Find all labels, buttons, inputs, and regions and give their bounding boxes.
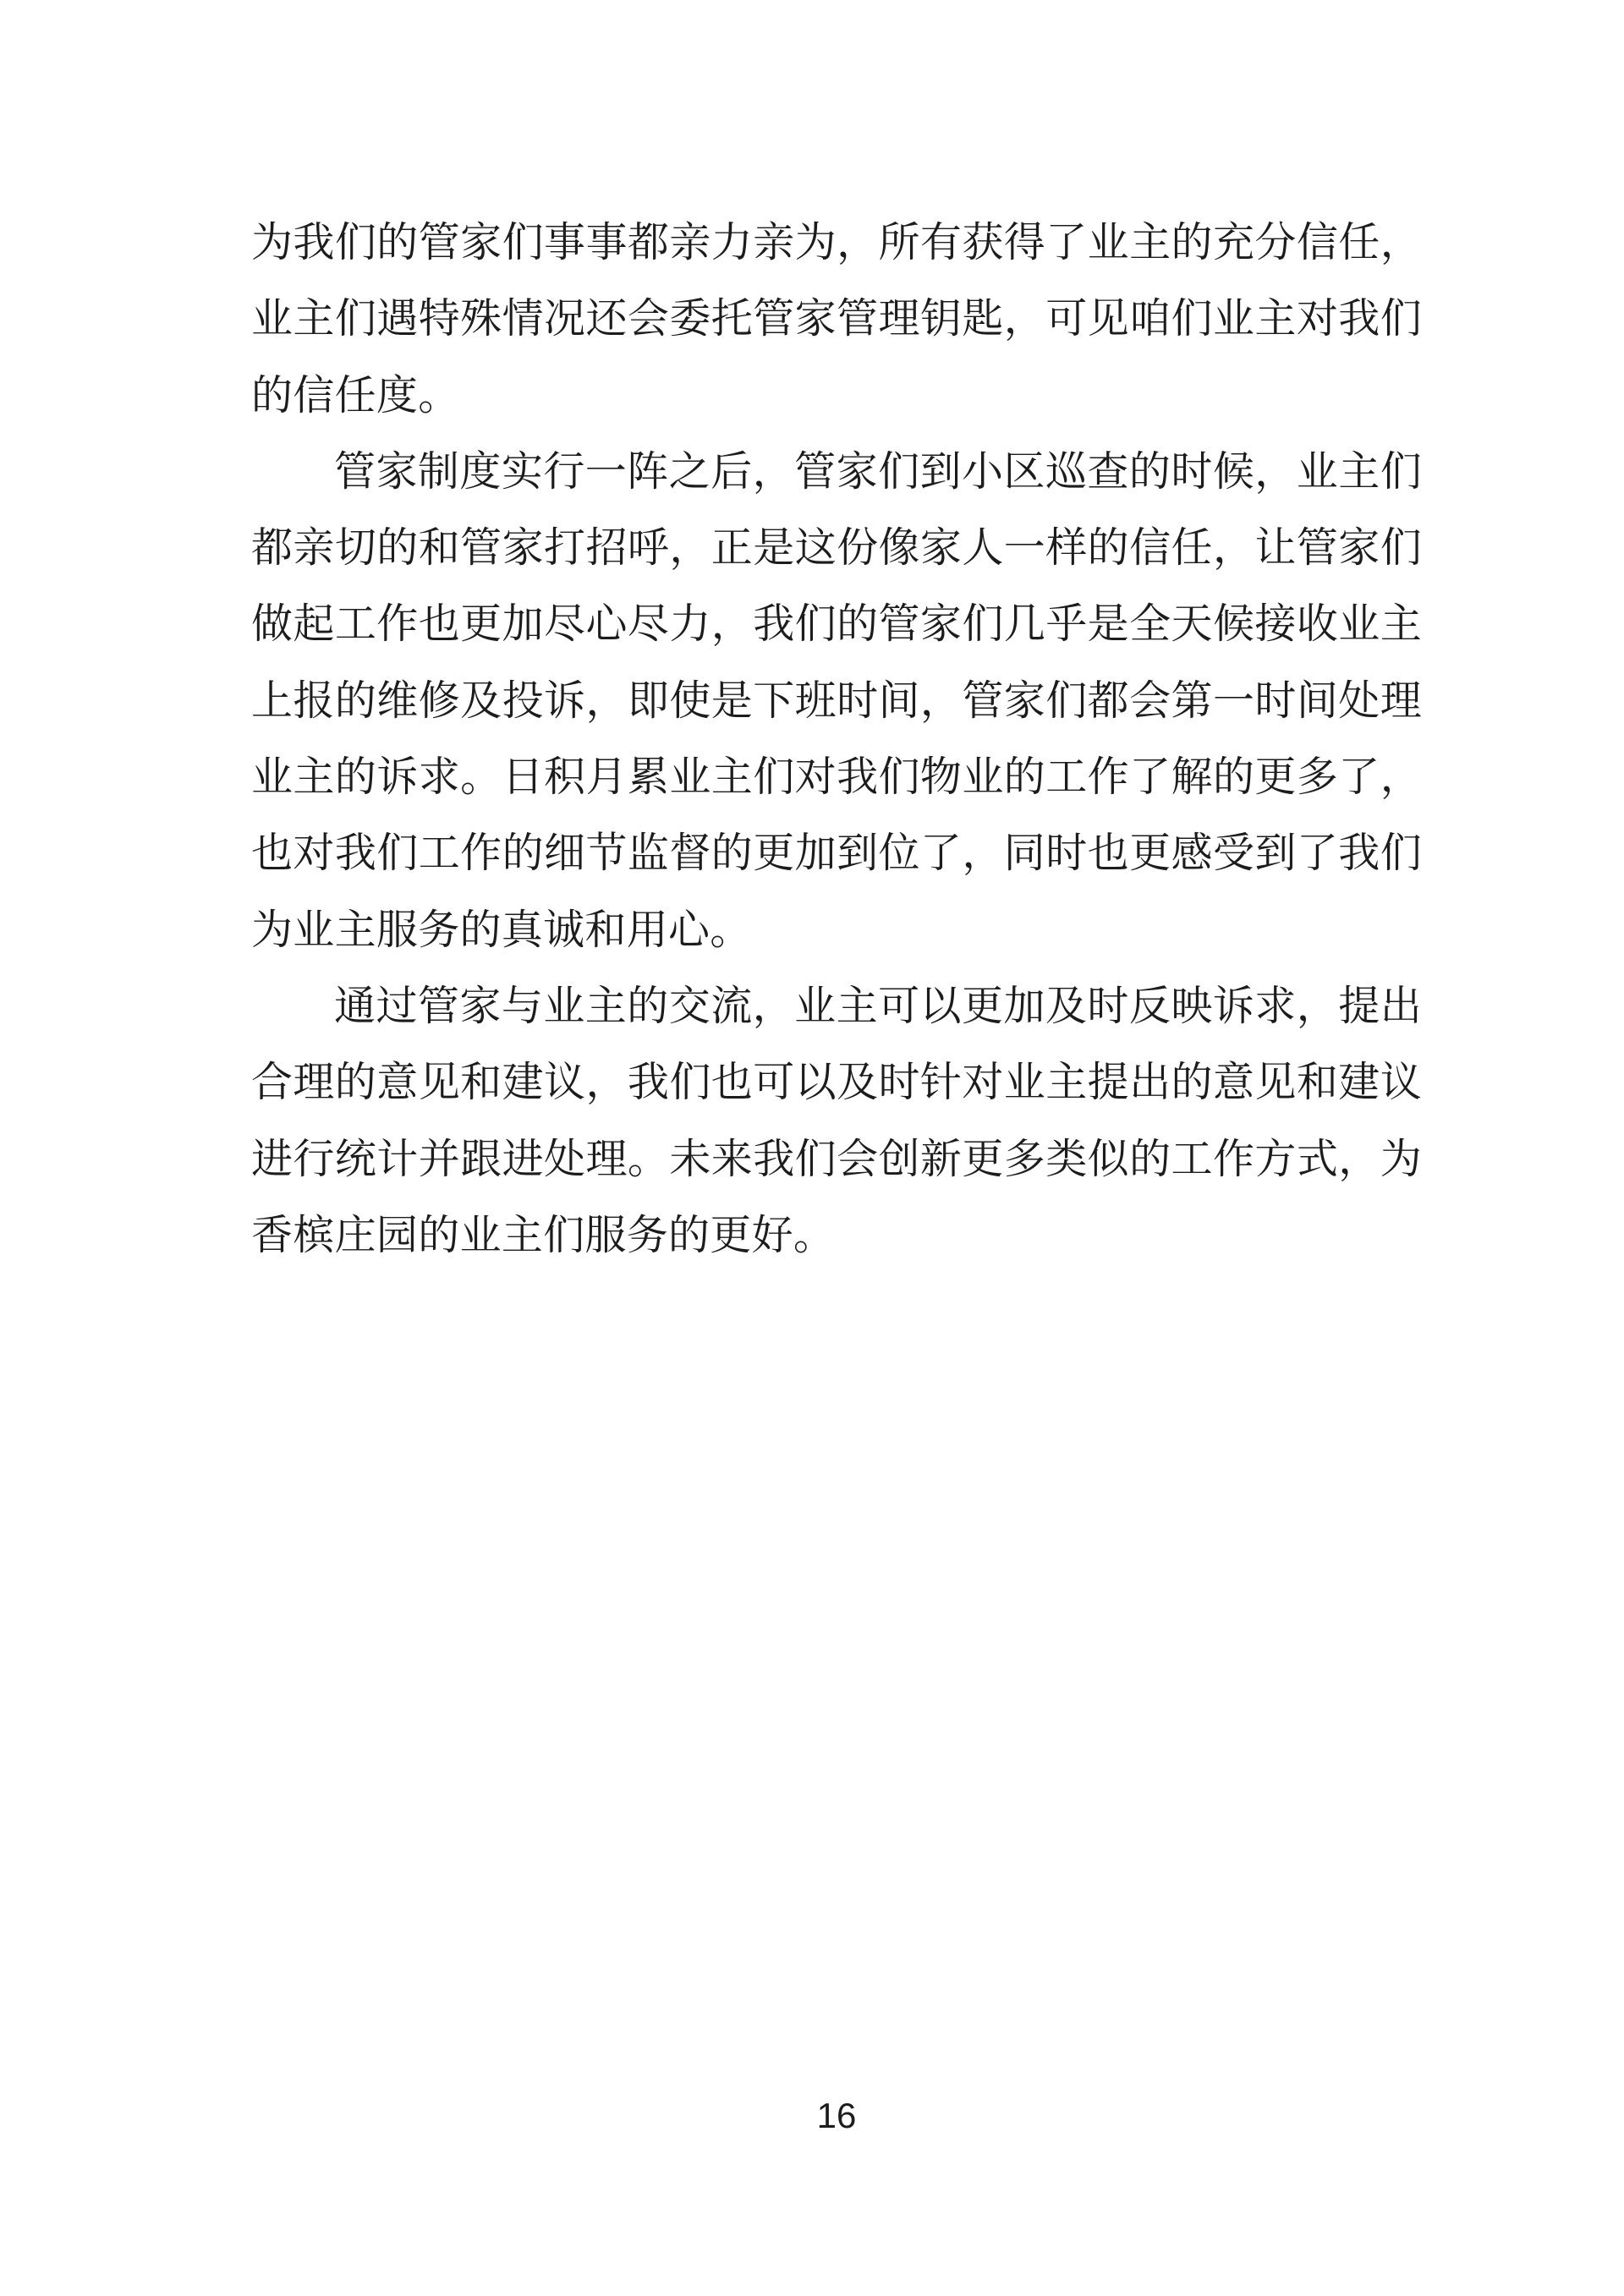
document-page: 为我们的管家们事事都亲力亲为，所有获得了业主的充分信任，业主们遇特殊情况还会委托… (0, 0, 1624, 2296)
text-block: 为我们的管家们事事都亲力亲为，所有获得了业主的充分信任，业主们遇特殊情况还会委托… (251, 205, 1422, 1274)
page-number: 16 (251, 2097, 1422, 2134)
paragraph-1: 为我们的管家们事事都亲力亲为，所有获得了业主的充分信任，业主们遇特殊情况还会委托… (251, 205, 1422, 434)
paragraph-3: 通过管家与业主的交流，业主可以更加及时反映诉求，提出合理的意见和建议，我们也可以… (251, 968, 1422, 1274)
paragraph-2: 管家制度实行一阵之后，管家们到小区巡查的时候，业主们都亲切的和管家打招呼，正是这… (251, 434, 1422, 968)
